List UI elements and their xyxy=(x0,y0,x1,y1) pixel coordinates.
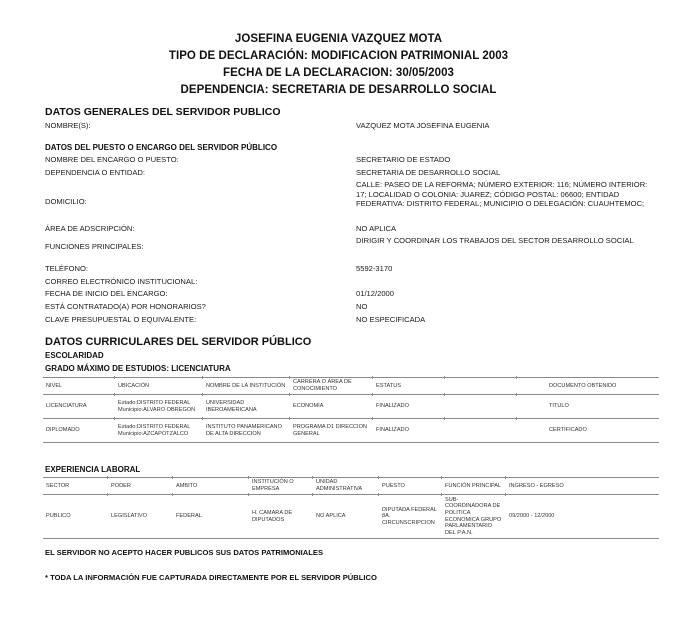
field-label: FUNCIONES PRINCIPALES: xyxy=(45,242,345,252)
table-cell: UNIVERSIDAD IBEROAMERICANA xyxy=(203,395,290,419)
table-cell: DIPLOMADO xyxy=(43,419,115,443)
capture-note: * TODA LA INFORMACIÓN FUE CAPTURADA DIRE… xyxy=(45,573,377,582)
section-title-experience: EXPERIENCIA LABORAL xyxy=(45,465,140,474)
table-cell: H. CAMARA DE DIPUTADOS xyxy=(249,495,313,539)
table-cell: FINALIZADO xyxy=(373,395,445,419)
table-cell: DIPUTADA FEDERAL 8A. CIRCUNSCRIPCION xyxy=(379,495,442,539)
table-cell: TITULO xyxy=(517,395,659,419)
table-cell: NO APLICA xyxy=(313,495,379,539)
declarant-name: JOSEFINA EUGENIA VAZQUEZ MOTA xyxy=(0,31,677,48)
field-value: 5592-3170 xyxy=(356,264,656,274)
table-cell: INSTITUTO PANAMERICANO DE ALTA DIRECCION xyxy=(203,419,290,443)
table-cell: Estado:DISTRITO FEDERAL Municipio:ALVARO… xyxy=(115,395,203,419)
field-value: NO xyxy=(356,302,656,312)
declaration-type: TIPO DE DECLARACIÓN: MODIFICACION PATRIM… xyxy=(0,48,677,65)
column-header xyxy=(445,378,517,395)
field-value: CALLE: PASEO DE LA REFORMA; NÚMERO EXTER… xyxy=(356,180,656,209)
education-table-header: NIVEL UBICACIÓN NOMBRE DE LA INSTITUCIÓN… xyxy=(43,378,659,395)
table-row: LICENCIATURA Estado:DISTRITO FEDERAL Mun… xyxy=(43,395,659,419)
field-value: DIRIGIR Y COORDINAR LOS TRABAJOS DEL SEC… xyxy=(356,236,646,246)
field-label: CLAVE PRESUPUESTAL O EQUIVALENTE: xyxy=(45,315,345,325)
table-cell: 09/2000 - 12/2000 xyxy=(506,495,659,539)
patrimonial-notice: EL SERVIDOR NO ACEPTO HACER PUBLICOS SUS… xyxy=(45,548,323,557)
field-value: 01/12/2000 xyxy=(356,289,656,299)
table-cell: CERTIFICADO xyxy=(517,419,659,443)
experience-table-header: SECTOR PODER AMBITO INSTITUCIÓN O EMPRES… xyxy=(43,478,659,495)
document-header: JOSEFINA EUGENIA VAZQUEZ MOTA TIPO DE DE… xyxy=(0,31,677,99)
field-value: SECRETARIO DE ESTADO xyxy=(356,155,656,165)
column-header: ESTATUS xyxy=(373,378,445,395)
table-row: PUBLICO LEGISLATIVO FEDERAL H. CAMARA DE… xyxy=(43,495,659,539)
column-header: PUESTO xyxy=(379,478,442,495)
table-cell: FEDERAL xyxy=(173,495,249,539)
field-label: DEPENDENCIA O ENTIDAD: xyxy=(45,168,345,178)
field-label: DOMICILIO: xyxy=(45,197,345,207)
section-title-general: DATOS GENERALES DEL SERVIDOR PUBLICO xyxy=(45,106,281,118)
declaration-date: FECHA DE LA DECLARACION: 30/05/2003 xyxy=(0,65,677,82)
declaration-page: JOSEFINA EUGENIA VAZQUEZ MOTA TIPO DE DE… xyxy=(0,0,677,621)
table-cell: Estado:DISTRITO FEDERAL Municipio:AZCAPO… xyxy=(115,419,203,443)
column-header: PODER xyxy=(108,478,173,495)
column-header: NOMBRE DE LA INSTITUCIÓN xyxy=(203,378,290,395)
table-cell xyxy=(445,419,517,443)
table-cell: LICENCIATURA xyxy=(43,395,115,419)
field-label: NOMBRE DEL ENCARGO O PUESTO: xyxy=(45,155,345,165)
section-title-curricular: DATOS CURRICULARES DEL SERVIDOR PÚBLICO xyxy=(45,336,311,348)
experience-table: SECTOR PODER AMBITO INSTITUCIÓN O EMPRES… xyxy=(43,477,659,539)
table-cell: PROGRAMA D1 DIRECCION GENERAL xyxy=(290,419,373,443)
column-header: INSTITUCIÓN O EMPRESA xyxy=(249,478,313,495)
field-value: NO ESPECIFICADA xyxy=(356,315,656,325)
column-header: INGRESO - EGRESO xyxy=(506,478,659,495)
column-header: SECTOR xyxy=(43,478,108,495)
declaration-dependency: DEPENDENCIA: SECRETARIA DE DESARROLLO SO… xyxy=(0,82,677,99)
table-row: DIPLOMADO Estado:DISTRITO FEDERAL Munici… xyxy=(43,419,659,443)
column-header: CARRERA O ÁREA DE CONOCIMIENTO xyxy=(290,378,373,395)
field-value: VAZQUEZ MOTA JOSEFINA EUGENIA xyxy=(356,121,656,131)
column-header: AMBITO xyxy=(173,478,249,495)
table-cell: LEGISLATIVO xyxy=(108,495,173,539)
table-cell: FINALIZADO xyxy=(373,419,445,443)
field-label: ESTÁ CONTRATADO(A) POR HONORARIOS? xyxy=(45,302,345,312)
education-table: NIVEL UBICACIÓN NOMBRE DE LA INSTITUCIÓN… xyxy=(43,377,659,443)
field-label: NOMBRE(S): xyxy=(45,121,345,131)
column-header: NIVEL xyxy=(43,378,115,395)
column-header: UBICACIÓN xyxy=(115,378,203,395)
field-label: CORREO ELECTRÓNICO INSTITUCIONAL: xyxy=(45,277,345,287)
column-header: UNIDAD ADMINISTRATIVA xyxy=(313,478,379,495)
column-header: FUNCIÓN PRINCIPAL xyxy=(442,478,506,495)
table-cell xyxy=(445,395,517,419)
column-header: DOCUMENTO OBTENIDO xyxy=(517,378,659,395)
section-title-schooling: ESCOLARIDAD xyxy=(45,351,104,360)
field-value: NO APLICA xyxy=(356,224,656,234)
table-cell: ECONOMIA xyxy=(290,395,373,419)
section-title-max-degree: GRADO MÁXIMO DE ESTUDIOS: LICENCIATURA xyxy=(45,364,231,373)
section-title-position: DATOS DEL PUESTO O ENCARGO DEL SERVIDOR … xyxy=(45,143,277,152)
field-label: ÁREA DE ADSCRIPCIÓN: xyxy=(45,224,345,234)
field-label: FECHA DE INICIO DEL ENCARGO: xyxy=(45,289,345,299)
field-value: SECRETARIA DE DESARROLLO SOCIAL xyxy=(356,168,656,178)
table-cell: PUBLICO xyxy=(43,495,108,539)
field-label: TELÉFONO: xyxy=(45,264,345,274)
table-cell: SUB-COORDINADORA DE POLITICA ECONOMICA G… xyxy=(442,495,506,539)
